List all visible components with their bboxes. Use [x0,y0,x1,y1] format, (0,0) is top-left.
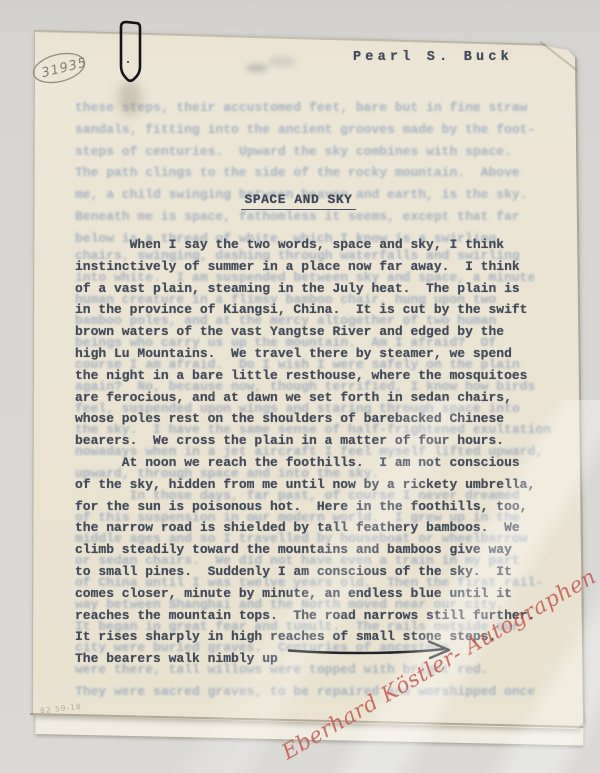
paperclip [114,18,148,90]
hand-drawn-arrow [0,0,600,773]
manuscript-scan: these steps, their accustomed feet, bare… [0,0,600,773]
ink-smudge [246,64,268,72]
inventory-number-oval: 31935 [28,48,90,88]
inventory-number: 31935 [40,55,89,81]
ink-smudge [268,56,296,67]
